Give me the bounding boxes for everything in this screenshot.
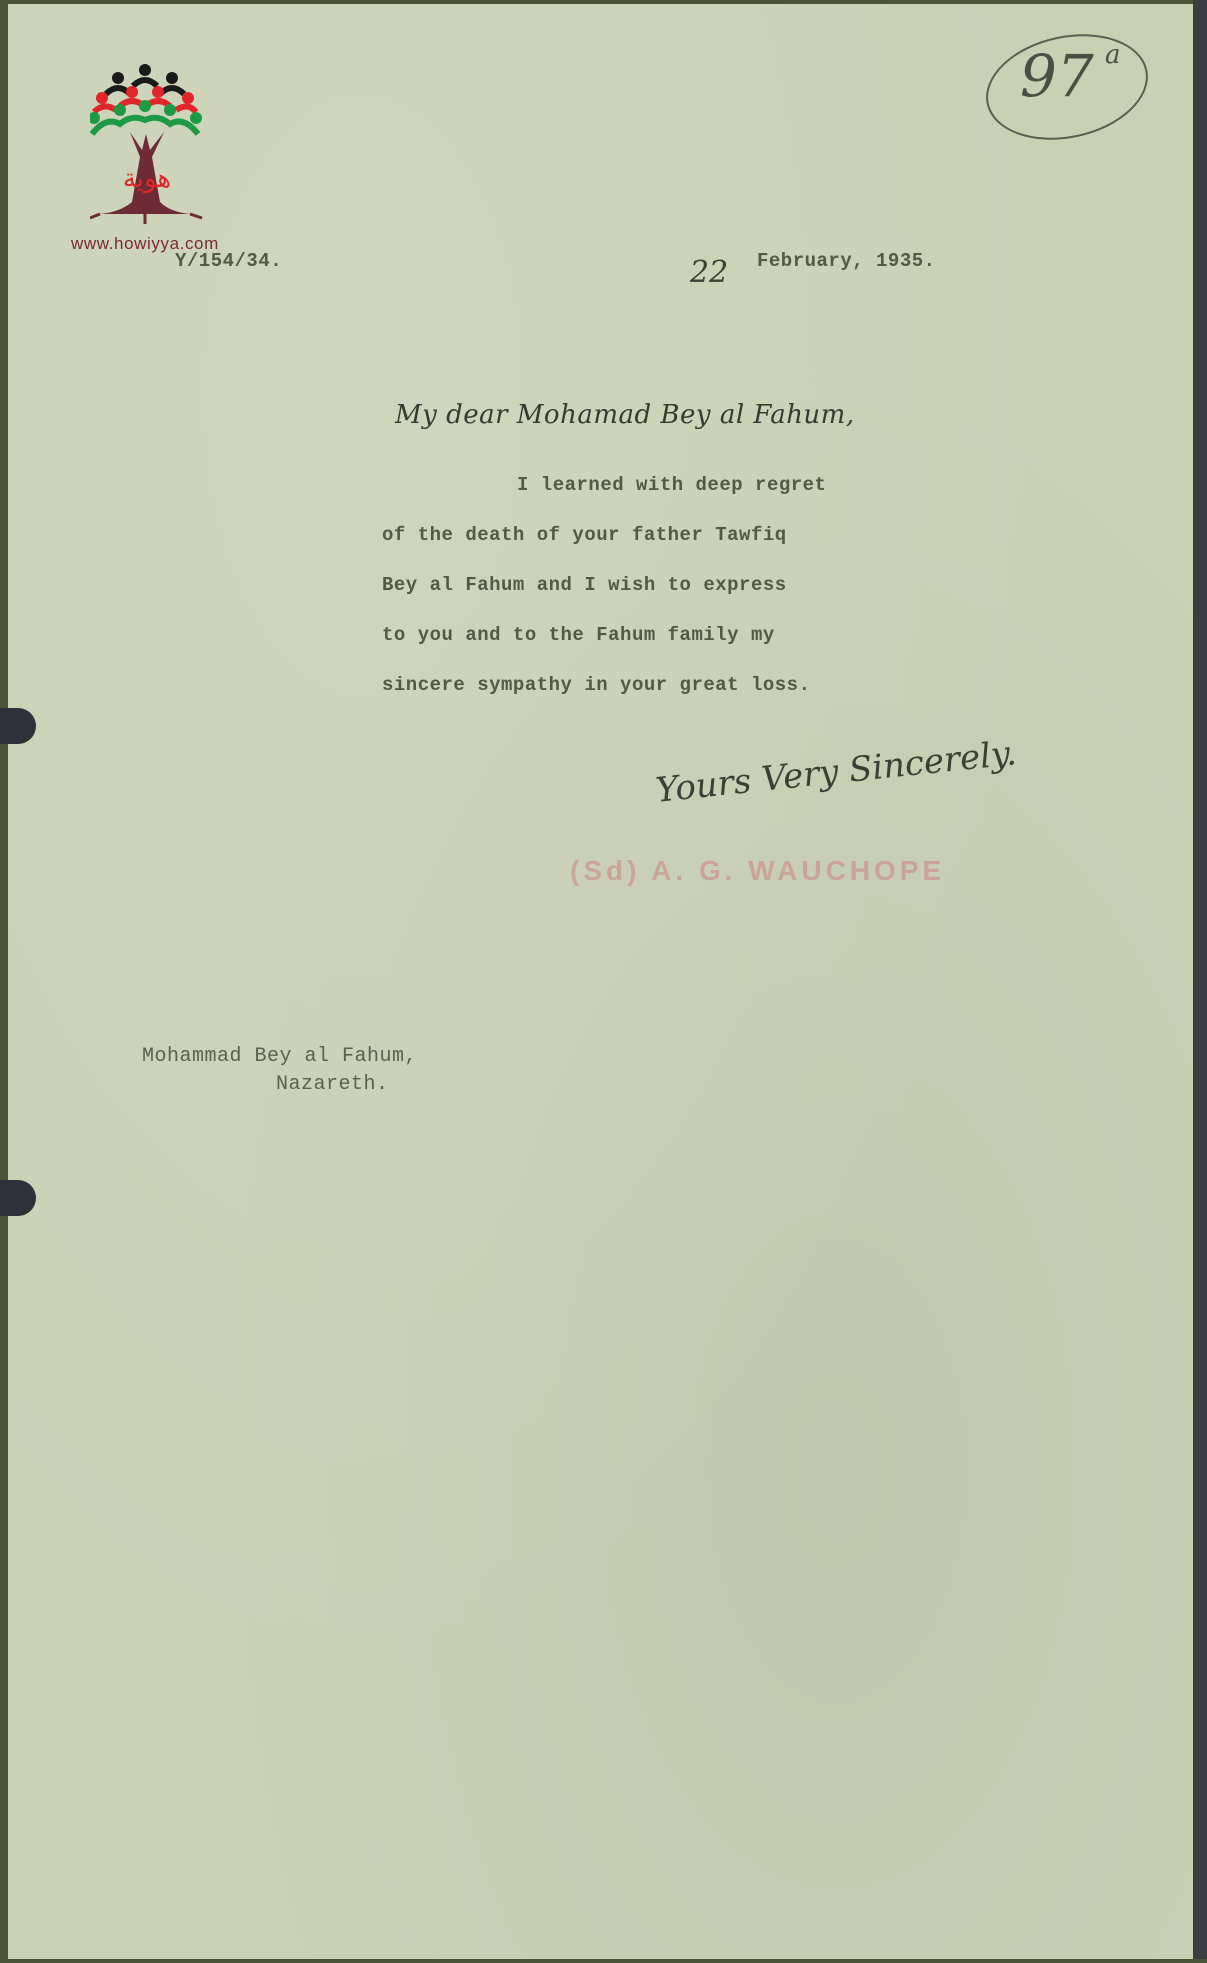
folio-suffix: a xyxy=(1105,40,1121,70)
signature-stamp: (Sd) A. G. WAUCHOPE xyxy=(570,855,945,887)
body-line: sincere sympathy in your great loss. xyxy=(382,674,810,696)
addressee-name: Mohammad Bey al Fahum, xyxy=(142,1045,417,1068)
body-line: I learned with deep regret xyxy=(517,474,826,496)
date-typed: February, 1935. xyxy=(757,250,936,272)
addressee-city: Nazareth. xyxy=(276,1073,389,1096)
body-line: to you and to the Fahum family my xyxy=(382,624,775,646)
date-day-handwritten: 22 xyxy=(690,255,728,290)
letter-page xyxy=(8,4,1193,1959)
scan-border-bottom xyxy=(0,1959,1207,1963)
folio-number: 97 xyxy=(1020,42,1094,110)
reference-number: Y/154/34. xyxy=(175,250,282,272)
scan-border-left xyxy=(0,0,8,1963)
arabic-logo-text: هوية xyxy=(123,164,171,194)
salutation: My dear Mohamad Bey al Fahum, xyxy=(395,400,855,430)
punch-hole-upper xyxy=(0,708,36,744)
body-line: Bey al Fahum and I wish to express xyxy=(382,574,787,596)
body-line: of the death of your father Tawfiq xyxy=(382,524,787,546)
scan-border-right xyxy=(1193,0,1207,1963)
howiyya-tree-logo-icon: هوية xyxy=(90,62,220,232)
punch-hole-lower xyxy=(0,1180,36,1216)
